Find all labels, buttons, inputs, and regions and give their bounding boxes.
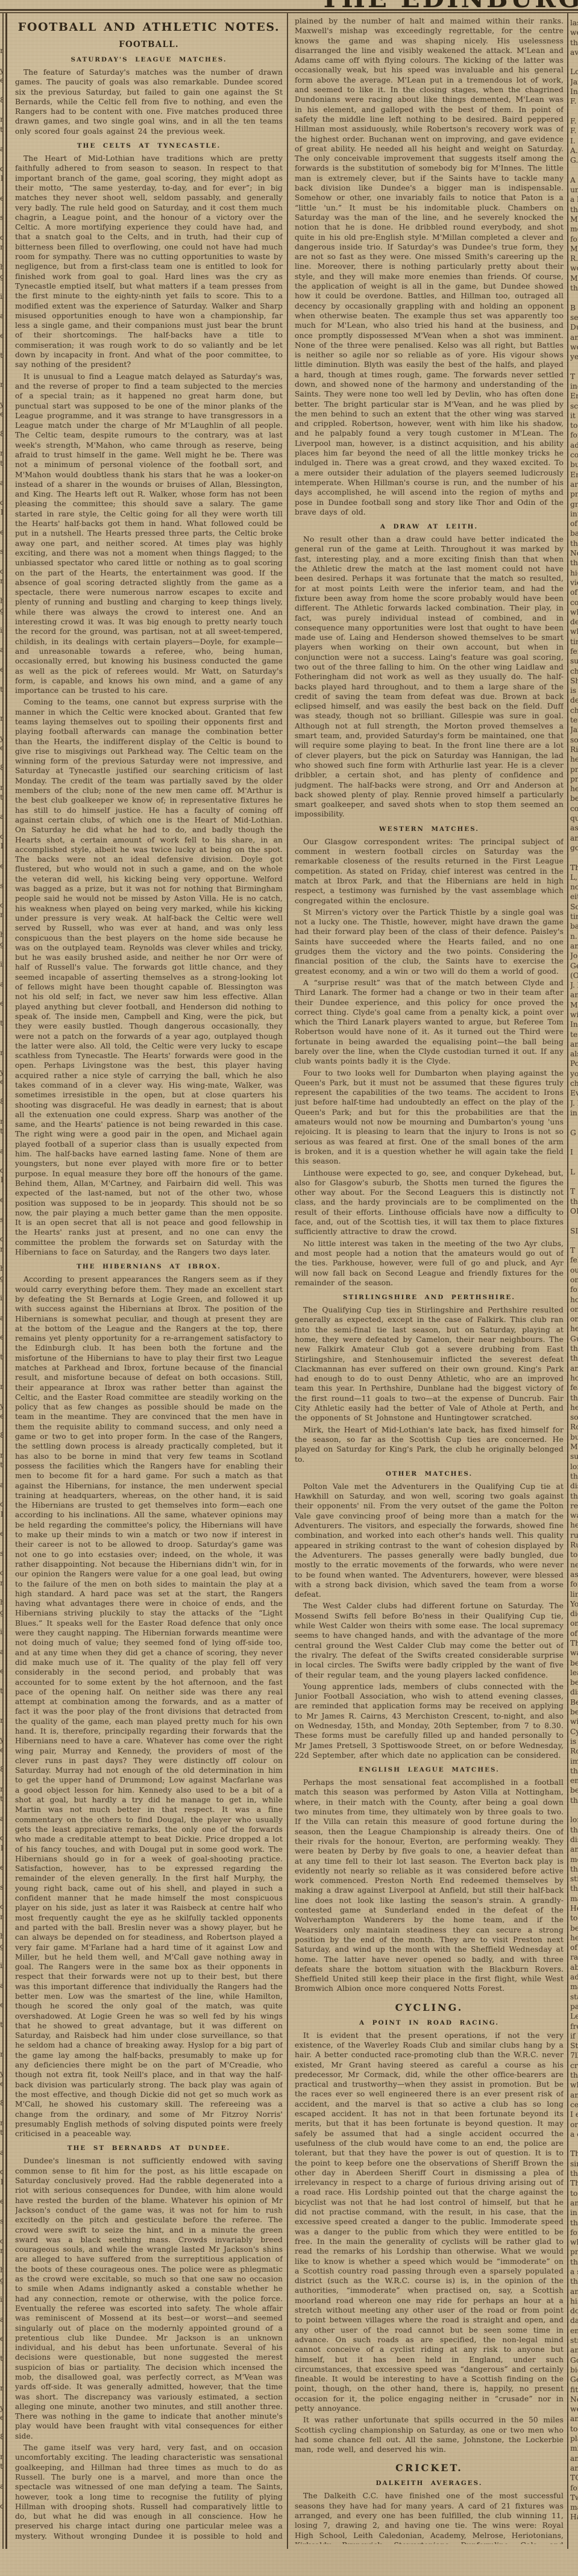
edge-fragment: yea [570,352,578,362]
edge-fragment [0,969,3,979]
edge-fragment [0,1538,3,1548]
edge-fragment [0,1951,3,1961]
edge-fragment: g [0,606,3,615]
edge-fragment: line [570,1590,578,1599]
edge-fragment: r [0,46,3,55]
edge-fragment: e [0,2413,3,2422]
edge-fragment: n [0,1117,3,1126]
paragraph: Perhaps the most sensational feat accomp… [295,1778,564,1994]
edge-fragment: Two [570,2493,578,2502]
edge-fragment: e [0,1332,3,1342]
edge-fragment: fore [570,430,578,440]
edge-fragment: m [0,1244,3,1254]
edge-fragment: s [0,1215,3,1224]
edge-fragment: er [0,527,3,537]
edge-fragment: 8 [0,2432,3,2442]
edge-fragment: g [0,1608,3,1617]
edge-fragment: M.C [570,1000,578,1010]
edge-fragment: y [0,1401,3,1411]
edge-fragment: in [0,1293,3,1303]
edge-fragment: R. l [570,254,578,263]
edge-fragment [0,36,3,46]
edge-fragment: is a [570,686,578,695]
edge-fragment: pace [570,2002,578,2011]
edge-fragment: bet. [570,1785,578,1795]
edge-fragment: an l [570,1844,578,1854]
edge-fragment [0,1038,3,1047]
edge-fragment: Rub [570,1540,578,1550]
edge-fragment: the [570,539,578,548]
edge-fragment: n [0,448,3,458]
edge-fragment: runn [570,1531,578,1540]
edge-fragment [0,616,3,625]
edge-fragment: day [570,2316,578,2325]
sub-heading: ENGLISH LEAGUE MATCHES. [295,1766,564,1774]
edge-fragment [0,1656,3,1666]
paragraph: No little interest was taken in the meet… [295,1239,564,1288]
edge-fragment: s [0,881,3,891]
column-divider-center [287,13,288,2549]
edge-fragment: t [0,125,3,134]
edge-fragment [0,2138,3,2148]
edge-fragment: Jarv [570,725,578,735]
edge-fragment [0,2285,3,2295]
edge-fragment: he l [570,784,578,794]
edge-fragment: is o [570,1737,578,1746]
edge-fragment: mer [570,224,578,234]
edge-fragment: y [0,733,3,743]
edge-fragment [0,183,3,193]
edge-fragment: wer [570,28,578,37]
masthead-rule-thin [0,12,578,13]
edge-fragment: he t [570,754,578,764]
edge-fragment: Mor [570,1442,578,1452]
left-edge-clipped-text: rye8ntadlersomhginaletrye8ntadlersomhgin… [0,36,3,2531]
edge-fragment: (Os [570,971,578,980]
edge-fragment: A [570,175,578,185]
edge-fragment: l [0,2177,3,2187]
edge-fragment: Ger [570,2375,578,2384]
edge-fragment: a [0,1814,3,1823]
edge-fragment: o [0,1902,3,1911]
edge-fragment: som [570,1412,578,1422]
edge-fragment: t [0,1460,3,1470]
edge-fragment: A. t [570,146,578,155]
edge-fragment: d [0,164,3,174]
edge-fragment: lasl [570,18,578,28]
edge-fragment: wine [570,1717,578,1726]
edge-fragment: T [570,372,578,381]
edge-fragment: 8 [0,763,3,772]
edge-fragment: a [0,1146,3,1156]
edge-fragment [0,1440,3,1450]
edge-fragment: time [570,637,578,647]
edge-fragment: que [570,813,578,823]
edge-fragment: al [0,2314,3,2324]
edge-fragment: a [0,144,3,154]
edge-fragment: to [570,421,578,430]
edge-fragment: Dur [570,322,578,332]
edge-fragment: thi [570,1825,578,1835]
edge-fragment [0,2363,3,2373]
edge-fragment [0,2226,3,2236]
edge-fragment: y [0,2069,3,2078]
edge-fragment: 7lb [570,2051,578,2060]
edge-fragment [0,2324,3,2334]
edge-fragment [0,2472,3,2481]
edge-fragment [0,1362,3,1371]
edge-fragment: a [0,2148,3,2157]
edge-fragment: and [570,2345,578,2355]
edge-fragment: back [570,921,578,931]
edge-fragment: a [0,2481,3,2491]
paragraph: Coming to the teams, one cannot but expr… [15,697,283,1257]
edge-fragment [0,2255,3,2265]
edge-fragment: crue [570,2061,578,2070]
edge-fragment: if h [570,2031,578,2041]
edge-fragment: t [0,1352,3,1362]
edge-fragment: high [570,568,578,578]
edge-fragment: on t [570,1619,578,1628]
edge-fragment [0,802,3,812]
edge-fragment: and [570,990,578,1000]
edge-fragment: F. [570,96,578,106]
edge-fragment [0,321,3,331]
edge-fragment [0,419,3,429]
paragraph: A “surprise result” was that of the matc… [295,978,564,1067]
edge-fragment: sup [570,656,578,666]
edge-fragment: of I [570,519,578,528]
edge-fragment [570,107,578,116]
edge-fragment: form [570,1285,578,1294]
edge-fragment [0,2089,3,2098]
edge-fragment: Rose [570,1422,578,1432]
edge-fragment: into [570,509,578,519]
edge-fragment: wil [570,1010,578,1020]
edge-fragment [0,340,3,350]
edge-fragment: a la [570,195,578,204]
edge-fragment: G. t [570,155,578,165]
edge-fragment [0,1342,3,1352]
edge-fragment: n. [570,932,578,941]
edge-fragment: to t [570,1550,578,1559]
edge-fragment: al [0,1981,3,1990]
edge-fragment [0,1804,3,1813]
edge-fragment: h [0,930,3,939]
edge-fragment: al [0,1647,3,1656]
edge-fragment [0,724,3,733]
edge-fragment [570,1177,578,1186]
edge-fragment [0,1676,3,1686]
edge-fragment: tern [570,715,578,725]
edge-fragment: was [570,1648,578,1658]
edge-fragment [570,1805,578,1815]
edge-fragment: thei [570,558,578,568]
edge-fragment: mis [570,2443,578,2453]
edge-fragment [0,370,3,380]
edge-fragment: the [570,1796,578,1805]
edge-fragment: for [570,2483,578,2493]
edge-fragment [0,1519,3,1529]
masthead-rule-thick [0,9,578,11]
edge-fragment: plat [570,2434,578,2443]
edge-fragment: in [0,625,3,635]
edge-fragment: t [0,792,3,802]
edge-fragment: eith [570,892,578,901]
edge-fragment: SI [570,1226,578,1236]
edge-fragment: noo [570,882,578,892]
edge-fragment: Rou [570,1746,578,1756]
edge-fragment: d [0,832,3,841]
edge-fragment: out [570,1265,578,1275]
edge-fragment [0,488,3,498]
edge-fragment: e [0,331,3,340]
edge-fragment: that [570,2277,578,2286]
edge-fragment: bath [570,528,578,538]
edge-fragment: s [0,1549,3,1558]
edge-fragment: s [0,213,3,222]
edge-fragment [0,134,3,144]
edge-fragment: n [0,114,3,124]
edge-fragment [0,2491,3,2501]
edge-fragment [0,1371,3,1381]
edge-fragment: n [0,2118,3,2128]
edge-fragment [0,1922,3,1931]
edge-fragment: t [0,459,3,468]
edge-fragment: me [570,1855,578,1864]
edge-fragment: to-m [570,2424,578,2434]
edge-fragment: grea [570,500,578,509]
edge-fragment: a st [570,2267,578,2277]
paragraph: It is evident that the present operation… [295,2031,564,2414]
edge-fragment: the [570,205,578,215]
edge-fragment: e [0,1666,3,1676]
edge-fragment: in [0,2295,3,2304]
edge-fragment: det [570,695,578,705]
edge-fragment: e [0,409,3,419]
edge-fragment: stro [570,2336,578,2345]
edge-fragment [0,1823,3,1833]
edge-fragment: or l [570,2120,578,2129]
edge-fragment: Han [570,2512,578,2522]
edge-fragment: o [0,233,3,242]
edge-fragment [0,154,3,164]
edge-fragment: T [570,1246,578,1255]
edge-fragment: The [570,1638,578,1648]
edge-fragment: are [570,480,578,489]
article-column-left: FOOTBALL AND ATHLETIC NOTES.FOOTBALL.SAT… [15,18,283,2540]
edge-fragment [0,891,3,900]
edge-fragment: n [0,2452,3,2462]
edge-fragment [0,2187,3,2196]
edge-fragment: er [0,193,3,203]
edge-fragment: held [570,1520,578,1530]
edge-fragment: er [0,1529,3,1538]
edge-fragment: Nor [570,548,578,558]
edge-fragment: of t [570,1943,578,1952]
edge-fragment: e [0,2334,3,2343]
edge-fragment [0,1283,3,1293]
edge-fragment: L, a [570,873,578,882]
edge-fragment: a [0,812,3,821]
edge-fragment: t [0,2020,3,2029]
paragraph: The Dalkeith C.C. have finished one of t… [295,2491,564,2544]
edge-fragment: Leg [570,2011,578,2021]
edge-fragment [570,1118,578,1127]
edge-fragment: m [0,910,3,920]
edge-fragment: o [0,566,3,576]
edge-fragment: lead [570,1668,578,1678]
edge-fragment: for [570,2228,578,2237]
edge-fragment [0,2029,3,2039]
edge-fragment: of t [570,588,578,597]
edge-fragment: St c [570,2041,578,2051]
edge-fragment [0,1873,3,1882]
edge-fragment: Gui [570,1334,578,1344]
edge-fragment: sec [570,313,578,322]
edge-fragment: h [0,1597,3,1607]
edge-fragment [0,1705,3,1715]
edge-fragment: s [0,1882,3,1892]
edge-fragment: l [0,841,3,851]
edge-fragment: t [0,1126,3,1136]
edge-fragment: his [570,2296,578,2306]
edge-fragment [0,1775,3,1784]
edge-fragment: he t [570,1403,578,1412]
edge-fragment: y [0,66,3,75]
edge-fragment: h [0,262,3,272]
edge-fragment: o [0,900,3,910]
edge-fragment: y [0,2403,3,2413]
edge-fragment: also [570,1049,578,1059]
edge-fragment: the [570,1884,578,1893]
edge-fragment: r [0,1382,3,1391]
edge-fragment [0,1106,3,1116]
edge-fragment: disp [570,1687,578,1697]
edge-fragment: took [570,1913,578,1923]
edge-fragment: 8 [0,1431,3,1440]
edge-fragment: neit [570,1560,578,1570]
edge-fragment [0,281,3,291]
edge-fragment: g [0,272,3,281]
edge-fragment [0,2040,3,2049]
edge-fragment [570,1157,578,1167]
edge-fragment: 8 [0,2098,3,2108]
edge-fragment: on e [570,1275,578,1285]
edge-fragment: h [0,1931,3,1941]
edge-fragment [0,390,3,400]
edge-fragment: g [0,1273,3,1283]
masthead-title-fragment: THE EDINBURGH EVE [320,0,578,13]
paragraph: It was rather unfortunate that spills oc… [295,2415,564,2454]
edge-fragment: an e [570,1039,578,1049]
edge-fragment [0,694,3,704]
paragraph: The Qualifying Cup ties in Stirlingshire… [295,1305,564,1423]
edge-fragment: e [0,1077,3,1086]
edge-fragment [0,674,3,684]
edge-fragment: y [0,400,3,409]
edge-fragment [0,439,3,448]
edge-fragment [570,1216,578,1226]
edge-fragment: in [0,292,3,301]
edge-fragment: r [0,1716,3,1725]
edge-fragment [0,1205,3,1214]
edge-fragment: l [0,1843,3,1853]
edge-fragment: h [0,2265,3,2275]
edge-fragment: t [0,2462,3,2471]
edge-fragment: prov [570,774,578,784]
edge-fragment [0,2374,3,2383]
edge-fragment: and [570,941,578,951]
edge-fragment: d [0,498,3,507]
edge-fragment: d [0,2167,3,2176]
sub-heading: A POINT IN ROAD RACING. [295,2019,564,2027]
paragraph-continuation: plained by the number of halt and maimed… [295,16,564,517]
edge-fragment: n [0,1784,3,1794]
edge-fragment: and [570,2287,578,2296]
edge-fragment: mat [570,1982,578,1992]
sub-heading: THE CELTS AT TYNECASTLE. [15,142,283,150]
edge-fragment: o [0,2236,3,2246]
edge-fragment [0,1421,3,1431]
edge-fragment: ferr [570,647,578,656]
edge-fragment: Th [570,863,578,873]
edge-fragment: and [570,2454,578,2463]
edge-fragment [0,851,3,861]
edge-fragment: Scot [570,902,578,912]
edge-fragment: pris [570,765,578,774]
edge-fragment: com [570,804,578,813]
edge-fragment: Evi [570,1088,578,1098]
edge-fragment: but [570,460,578,469]
edge-fragment: und [570,185,578,195]
edge-fragment: but [570,1432,578,1442]
section-heading: CYCLING. [295,2002,564,2013]
edge-fragment [0,1008,3,1018]
edge-fragment [0,2422,3,2432]
edge-fragment: whi [570,627,578,636]
edge-fragment [0,704,3,713]
edge-fragment [0,1970,3,1980]
edge-fragment [0,920,3,930]
edge-fragment: dis [570,1835,578,1844]
edge-fragment: thi [570,1864,578,1874]
edge-fragment: 8 [0,1097,3,1106]
edge-fragment: e [0,75,3,85]
edge-fragment: feat [570,1383,578,1393]
edge-fragment: who [570,2080,578,2090]
edge-fragment: aspi [570,823,578,833]
edge-fragment: m [0,2246,3,2255]
edge-fragment: tin [570,912,578,921]
paragraph: Dundee's linesman is not sufficiently en… [15,2156,283,2441]
paragraph: Young apprentice lads, members of clubs … [295,1682,564,1760]
edge-fragment: No [570,2395,578,2404]
edge-fragment [0,1470,3,1479]
edge-fragment: m [0,576,3,586]
edge-fragment: g [0,1941,3,1951]
edge-fragment: it h [570,411,578,421]
edge-fragment: and [570,2414,578,2424]
edge-fragment: r [0,380,3,389]
edge-fragment: e [0,1411,3,1421]
edge-fragment: cept [570,2100,578,2110]
paragraph: Mirk, the Heart of Mid-Lothian's late ba… [295,1425,564,1464]
edge-fragment: Goo [570,2355,578,2365]
edge-fragment: bett [570,1707,578,1717]
edge-fragment: disp [570,1481,578,1491]
edge-fragment [0,557,3,566]
